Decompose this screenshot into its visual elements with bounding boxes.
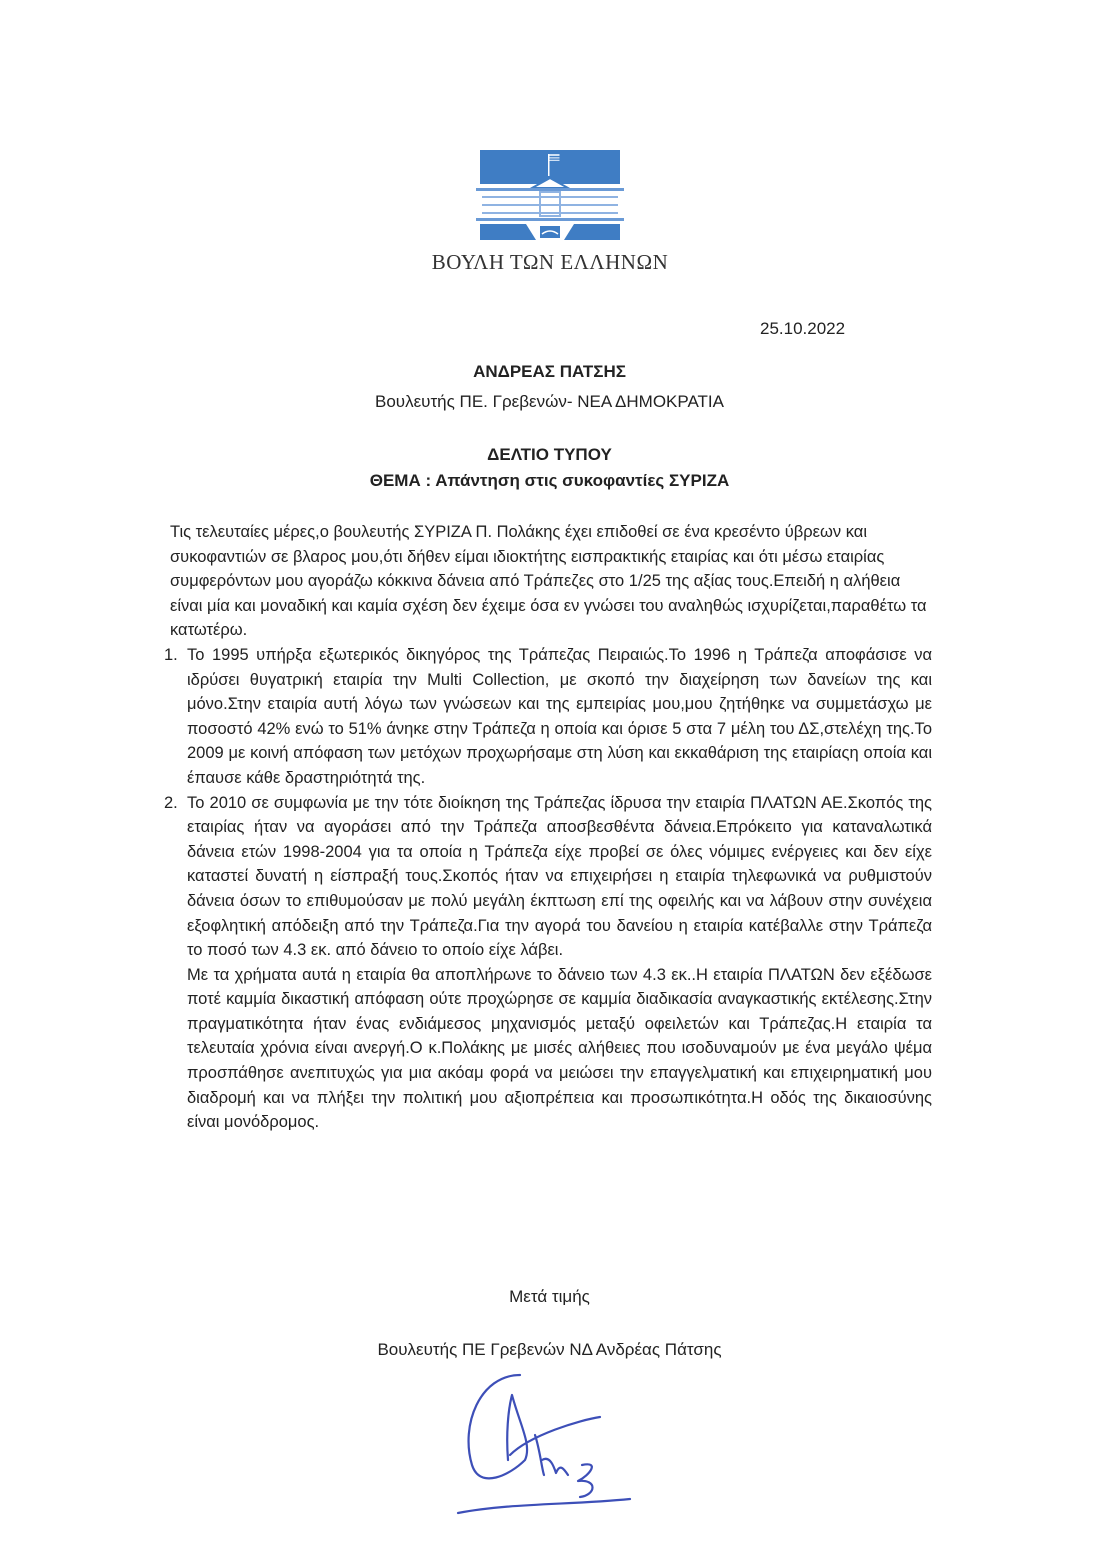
closing-salutation: Μετά τιμής (0, 1287, 1099, 1307)
document-type: ΔΕΛΤΙΟ ΤΥΠΟΥ (0, 445, 1099, 465)
list-item: 1. Το 1995 υπήρξα εξωτερικός δικηγόρος τ… (170, 643, 932, 791)
signer-line: Βουλευτής ΠΕ Γρεβενών ΝΔ Ανδρέας Πάτσης (0, 1340, 1099, 1360)
intro-paragraph: Τις τελευταίες μέρες,ο βουλευτής ΣΥΡΙΖΑ … (170, 520, 932, 643)
list-number: 2. (164, 791, 184, 816)
signature-icon (450, 1365, 650, 1525)
document-subject: ΘΕΜΑ : Απάντηση στις συκοφαντίες ΣΥΡΙΖΑ (0, 471, 1099, 491)
document-date: 25.10.2022 (760, 319, 845, 339)
author-name: ΑΝΔΡΕΑΣ ΠΑΤΣΗΣ (0, 362, 1099, 382)
parliament-logo-icon (476, 150, 624, 242)
list-item-text: Το 2010 σε συμφωνία με την τότε διοίκηση… (187, 794, 932, 960)
parliament-name: ΒΟΥΛΗ ΤΩΝ ΕΛΛΗΝΩΝ (400, 250, 700, 275)
author-role: Βουλευτής ΠΕ. Γρεβενών- ΝΕΑ ΔΗΜΟΚΡΑΤΙΑ (0, 392, 1099, 412)
list-number: 1. (164, 643, 184, 668)
continuation-paragraph: Με τα χρήματα αυτά η εταιρία θα αποπλήρω… (170, 963, 932, 1135)
list-item: 2. Το 2010 σε συμφωνία με την τότε διοίκ… (170, 791, 932, 963)
press-release-body: Τις τελευταίες μέρες,ο βουλευτής ΣΥΡΙΖΑ … (170, 520, 932, 1135)
list-item-text: Το 1995 υπήρξα εξωτερικός δικηγόρος της … (187, 646, 932, 787)
numbered-list: 1. Το 1995 υπήρξα εξωτερικός δικηγόρος τ… (170, 643, 932, 963)
